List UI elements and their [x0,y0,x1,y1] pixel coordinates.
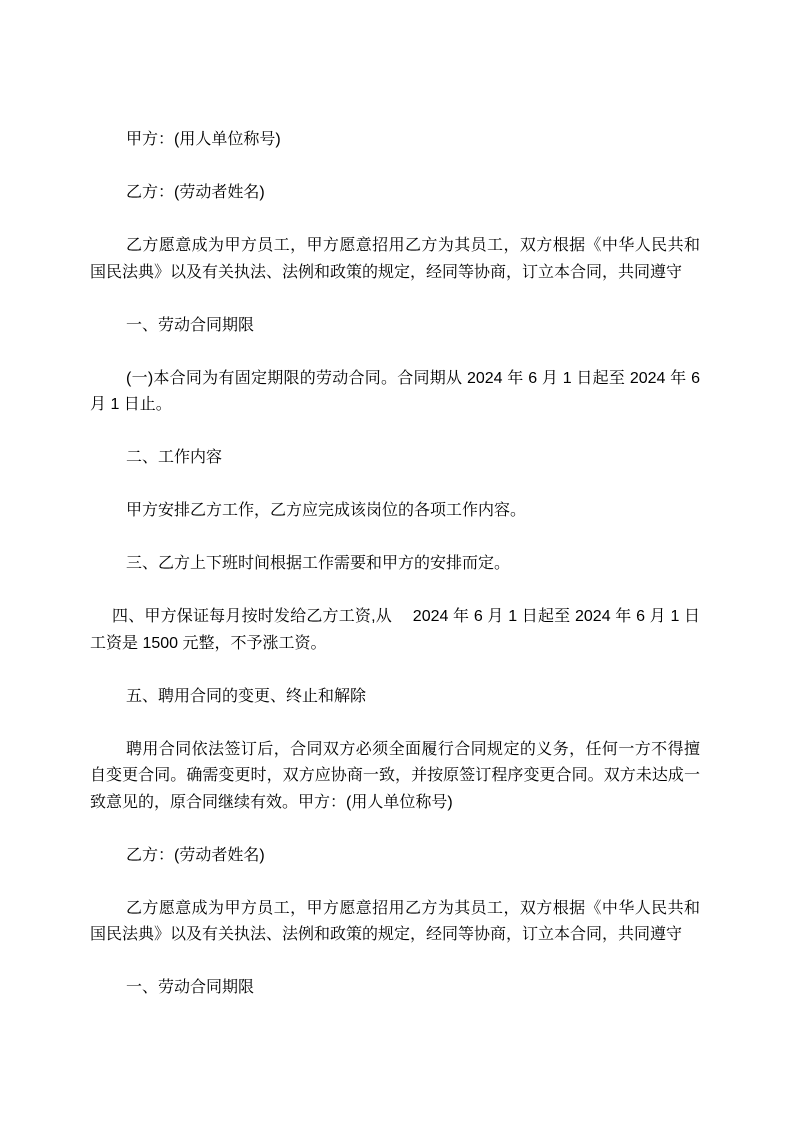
party-b-label-repeat: 乙方：(劳动者姓名) [90,843,700,870]
preamble-paragraph: 乙方愿意成为甲方员工，甲方愿意招用乙方为其员工，双方根据《中华人民共和国民法典》… [90,233,700,286]
document-page: 甲方：(用人单位称号) 乙方：(劳动者姓名) 乙方愿意成为甲方员工，甲方愿意招用… [0,0,793,1122]
clause-1-1-term: (一)本合同为有固定期限的劳动合同。合同期从 2024 年 6 月 1 日起至 … [90,366,700,419]
section-2-heading: 二、工作内容 [90,445,700,472]
section-1-heading: 一、劳动合同期限 [90,313,700,340]
party-b-label: 乙方：(劳动者姓名) [90,180,700,207]
section-3-clause-hours: 三、乙方上下班时间根据工作需要和甲方的安排而定。 [90,551,700,578]
preamble-paragraph-repeat: 乙方愿意成为甲方员工，甲方愿意招用乙方为其员工，双方根据《中华人民共和国民法典》… [90,896,700,949]
section-4-clause-salary: 四、甲方保证每月按时发给乙方工资,从 2024 年 6 月 1 日起至 2024… [90,604,700,657]
section-5-heading: 五、聘用合同的变更、终止和解除 [90,684,700,711]
party-a-label: 甲方：(用人单位称号) [90,127,700,154]
section-5-paragraph: 聘用合同依法签订后，合同双方必须全面履行合同规定的义务，任何一方不得擅自变更合同… [90,737,700,817]
clause-2-1-work-content: 甲方安排乙方工作，乙方应完成该岗位的各项工作内容。 [90,498,700,525]
section-1-heading-repeat: 一、劳动合同期限 [90,975,700,1002]
